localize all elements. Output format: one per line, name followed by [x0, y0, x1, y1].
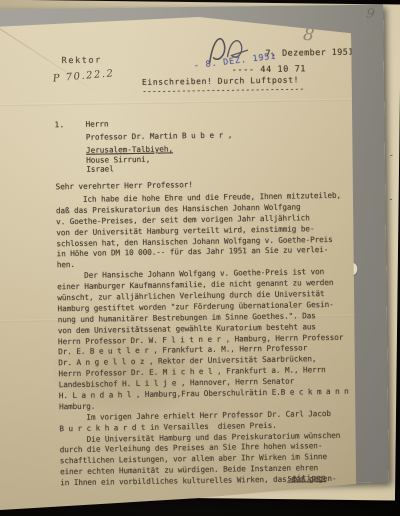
reference-number: ---- 44 10 71	[232, 64, 306, 75]
recipient-index: 1.	[55, 120, 65, 129]
crease-line	[0, 99, 352, 107]
recipient-line: Herrn	[86, 119, 109, 128]
recipient-line: Professor Dr. Martin B u b e r ,	[86, 130, 233, 141]
letter-date: 7. Dezember 1951	[265, 48, 353, 59]
catchword: seitigen	[287, 473, 326, 483]
recipient-line: Israel	[86, 164, 114, 173]
back-sheet-text-fragment: -	[389, 194, 394, 203]
delivery-note-underline: ---------------------------------	[142, 84, 304, 96]
back-sheet-text-fragment: -	[389, 150, 394, 159]
sender-title: Rektor	[62, 56, 102, 67]
handwritten-page-number-9: 9	[365, 6, 376, 22]
recipient-line: House Sirruni,	[86, 154, 150, 164]
salutation: Sehr verehrter Herr Professor!	[56, 180, 193, 191]
photographed-letter-stack: 1- s- - - 9 Rektor P 70.22.2 - 8. DEZ. 1…	[0, 0, 400, 516]
recipient-line: Jerusalem-Talbiyeh,	[86, 144, 173, 154]
letter-sheet: Rektor P 70.22.2 - 8. DEZ. 1951 7. Dezem…	[0, 13, 359, 511]
handwritten-file-mark: P 70.22.2	[52, 68, 114, 84]
letter-body: Ich habe die hohe Ehre und die Freude, I…	[56, 191, 361, 490]
